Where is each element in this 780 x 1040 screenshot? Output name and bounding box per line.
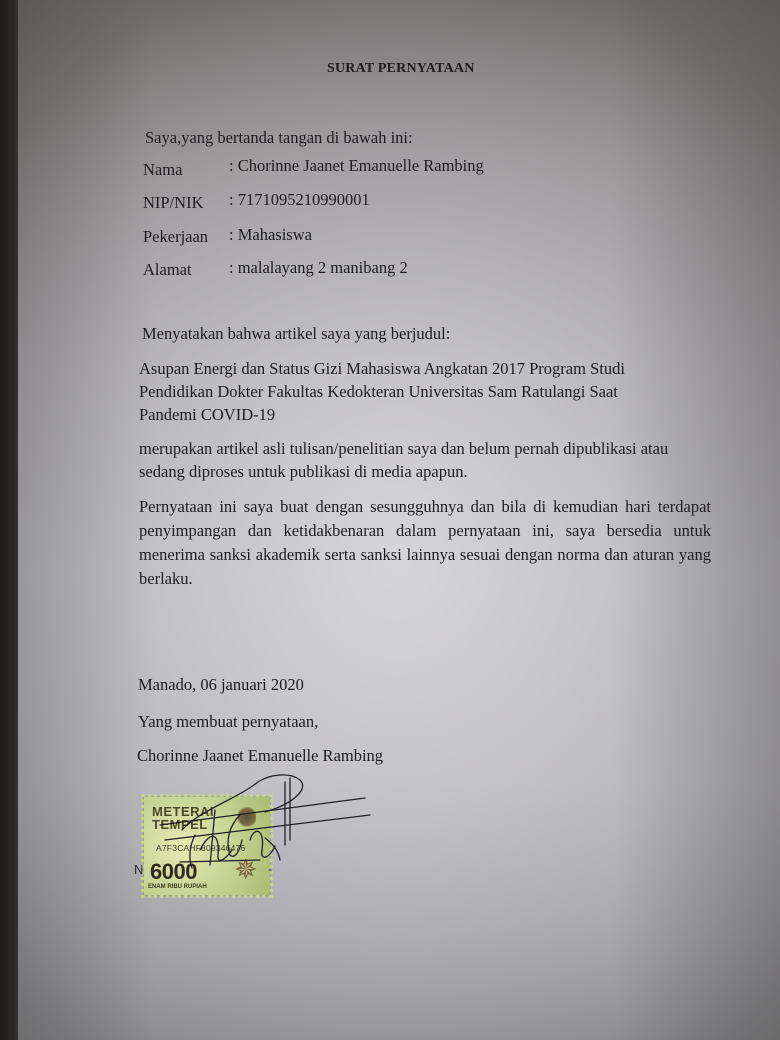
identity-label-nik: NIP/NIK [143, 195, 204, 212]
declaration-intro: Menyatakan bahwa artikel saya yang berju… [142, 326, 450, 343]
identity-label-nama: Nama [143, 162, 182, 179]
stamp-value: 6000 [150, 859, 197, 885]
identity-value-nama: : Chorinne Jaanet Emanuelle Rambing [229, 158, 484, 175]
place-date: Manado, 06 januari 2020 [138, 677, 304, 694]
stamp-value-words: ENAM RIBU RUPIAH [148, 884, 207, 890]
stamp-serial: A7F3CAHF809346476 [156, 843, 245, 853]
stamp-dash: - [268, 862, 272, 877]
document-title: SURAT PERNYATAAN [327, 62, 475, 76]
closing-text: Yang membuat pernyataan, [138, 714, 318, 731]
signer-name: Chorinne Jaanet Emanuelle Rambing [137, 748, 383, 765]
identity-label-alamat: Alamat [143, 262, 192, 279]
identity-value-pekerjaan: : Mahasiswa [229, 227, 312, 244]
article-title: Asupan Energi dan Status Gizi Mahasiswa … [139, 357, 669, 426]
identity-value-nik: : 7171095210990001 [229, 192, 370, 209]
stamp-left-mark: N [134, 862, 143, 877]
sanction-statement: Pernyataan ini saya buat dengan sesunggu… [139, 495, 711, 591]
identity-value-alamat: : malalayang 2 manibang 2 [229, 260, 408, 277]
identity-label-pekerjaan: Pekerjaan [143, 229, 208, 246]
stamp-title: METERAI TEMPEL [152, 805, 232, 831]
revenue-stamp: METERAI TEMPEL A7F3CAHF809346476 6000 EN… [144, 797, 270, 895]
garuda-emblem-icon [238, 807, 256, 829]
intro-text: Saya,yang bertanda tangan di bawah ini: [145, 130, 413, 147]
originality-statement: merupakan artikel asli tulisan/penelitia… [139, 437, 699, 483]
dark-background-edge [0, 0, 20, 1040]
star-emblem-icon: ✵ [234, 857, 257, 885]
